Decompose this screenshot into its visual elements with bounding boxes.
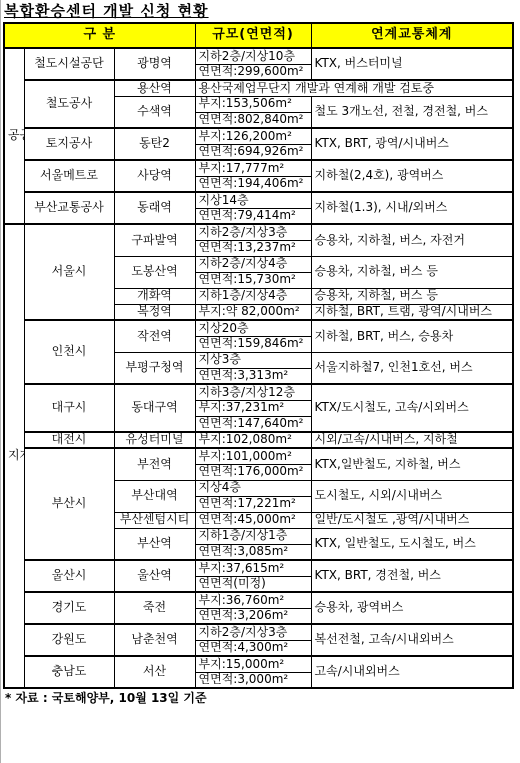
scale-cell: 지하2층/지상10층 (195, 48, 311, 64)
transport-cell: KTX/도시철도, 고속/시외버스 (311, 384, 513, 432)
scale-cell: 지하2층/지상3층 (195, 224, 311, 240)
station-cell: 부전역 (114, 448, 195, 480)
transport-cell: 지하철(1.3), 시내/외버스 (311, 192, 513, 224)
scale-cell: 지상20층 (195, 320, 311, 336)
scale-cell: 연면적:17,221m² (195, 496, 311, 512)
transport-cell: 승용차, 지하철, 버스 등 (311, 288, 513, 304)
station-cell: 작전역 (114, 320, 195, 352)
agency-cell: 서울메트로 (24, 160, 114, 192)
station-cell: 구파발역 (114, 224, 195, 256)
table-row: 경기도죽전부지:36,760m²승용차, 광역버스 (4, 592, 513, 608)
table-row: 부산교통공사동래역지상14층지하철(1.3), 시내/외버스 (4, 192, 513, 208)
scale-cell: 부지:153,506m² (195, 96, 311, 112)
scale-cell: 부지:약 82,000m² (195, 304, 311, 320)
scale-cell: 연면적:176,000m² (195, 464, 311, 480)
scale-cell: 부지:37,615m² (195, 560, 311, 576)
scale-cell: 연면적:147,640m² (195, 416, 311, 432)
agency-cell: 경기도 (24, 592, 114, 624)
table-header: 구 분 규모(연면적) 연계교통체계 (4, 23, 513, 48)
station-cell: 부산센텀시티 (114, 512, 195, 528)
table-row: 토지공사동탄2부지:126,200m²KTX, BRT, 광역/시내버스 (4, 128, 513, 144)
transport-cell: 복선전철, 고속/시내외버스 (311, 624, 513, 656)
station-cell: 울산역 (114, 560, 195, 592)
station-cell: 수색역 (114, 96, 195, 128)
station-cell: 복정역 (114, 304, 195, 320)
station-cell: 동탄2 (114, 128, 195, 160)
transport-cell: 시외/고속/시내버스, 지하철 (311, 432, 513, 448)
transport-cell: 고속/시내외버스 (311, 656, 513, 688)
scale-cell: 연면적:802,840m² (195, 112, 311, 128)
scale-cell: 연면적:3,313m² (195, 368, 311, 384)
scale-cell: 연면적:299,600m² (195, 64, 311, 80)
agency-cell: 대구시 (24, 384, 114, 432)
scale-cell: 연면적:4,300m² (195, 640, 311, 656)
transport-cell: KTX, BRT, 광역/시내버스 (311, 128, 513, 160)
scale-cell: 연면적:13,237m² (195, 240, 311, 256)
scale-cell: 연면적:3,000m² (195, 672, 311, 688)
table-body: 공공기관(6개)철도시설공단광명역지하2층/지상10층KTX, 버스터미널연면적… (4, 48, 513, 688)
scale-cell: 연면적:194,406m² (195, 176, 311, 192)
header-gubun: 구 분 (4, 23, 195, 48)
station-cell: 부산역 (114, 528, 195, 560)
transport-cell: 일반/도시철도 ,광역/시내버스 (311, 512, 513, 528)
agency-cell: 인천시 (24, 320, 114, 384)
transport-cell: KTX,일반철도, 지하철, 버스 (311, 448, 513, 480)
transport-cell: KTX, 일반철도, 도시철도, 버스 (311, 528, 513, 560)
table-row: 부산시부전역부지:101,000m²KTX,일반철도, 지하철, 버스 (4, 448, 513, 464)
scale-cell: 연면적:3,085m² (195, 544, 311, 560)
source-footnote: * 자료 : 국토해양부, 10월 13일 기준 (5, 692, 520, 705)
agency-cell: 철도시설공단 (24, 48, 114, 80)
scale-cell: 연면적:159,846m² (195, 336, 311, 352)
station-cell: 부평구청역 (114, 352, 195, 384)
station-cell: 개화역 (114, 288, 195, 304)
transport-cell: 지하철(2,4호), 광역버스 (311, 160, 513, 192)
agency-cell: 울산시 (24, 560, 114, 592)
scale-cell: 부지:101,000m² (195, 448, 311, 464)
station-cell: 남춘천역 (114, 624, 195, 656)
transport-cell: 승용차, 지하철, 버스 등 (311, 256, 513, 288)
header-scale: 규모(연면적) (195, 23, 311, 48)
scale-cell: 부지:17,777m² (195, 160, 311, 176)
table-row: 충남도서산부지:15,000m²고속/시내외버스 (4, 656, 513, 672)
transit-center-table: 구 분 규모(연면적) 연계교통체계 공공기관(6개)철도시설공단광명역지하2층… (3, 22, 514, 689)
agency-cell: 철도공사 (24, 80, 114, 128)
scale-cell: 부지:102,080m² (195, 432, 311, 448)
scale-cell: 부지:37,231m² (195, 400, 311, 416)
station-cell: 서산 (114, 656, 195, 688)
transport-cell: 지하철, BRT, 버스, 승용차 (311, 320, 513, 352)
station-cell: 동래역 (114, 192, 195, 224)
table-row: 인천시작전역지상20층지하철, BRT, 버스, 승용차 (4, 320, 513, 336)
transport-cell: KTX, BRT, 경전철, 버스 (311, 560, 513, 592)
station-cell: 사당역 (114, 160, 195, 192)
scale-cell: 연면적:15,730m² (195, 272, 311, 288)
scale-cell: 지상3층 (195, 352, 311, 368)
table-row: 서울메트로사당역부지:17,777m²지하철(2,4호), 광역버스 (4, 160, 513, 176)
group-label-cell: 지자체(12개) (4, 224, 24, 688)
agency-cell: 부산교통공사 (24, 192, 114, 224)
station-cell: 부산대역 (114, 480, 195, 512)
table-row: 공공기관(6개)철도시설공단광명역지하2층/지상10층KTX, 버스터미널 (4, 48, 513, 64)
agency-cell: 토지공사 (24, 128, 114, 160)
station-cell: 광명역 (114, 48, 195, 80)
table-row: 대전시유성터미널부지:102,080m²시외/고속/시내버스, 지하철 (4, 432, 513, 448)
table-row: 울산시울산역부지:37,615m²KTX, BRT, 경전철, 버스 (4, 560, 513, 576)
merged-note-cell: 용산국제업무단지 개발과 연계해 개발 검토중 (195, 80, 513, 96)
header-row: 구 분 규모(연면적) 연계교통체계 (4, 23, 513, 48)
scale-cell: 지상4층 (195, 480, 311, 496)
scale-cell: 지하2층/지상3층 (195, 624, 311, 640)
agency-cell: 대전시 (24, 432, 114, 448)
transport-cell: 승용차, 지하철, 버스, 자전거 (311, 224, 513, 256)
scale-cell: 지하2층/지상4층 (195, 256, 311, 272)
agency-cell: 부산시 (24, 448, 114, 560)
agency-cell: 강원도 (24, 624, 114, 656)
scale-cell: 연면적:694,926m² (195, 144, 311, 160)
table-row: 지자체(12개)서울시구파발역지하2층/지상3층승용차, 지하철, 버스, 자전… (4, 224, 513, 240)
scale-cell: 지하1층/지상1층 (195, 528, 311, 544)
transport-cell: 지하철, BRT, 트램, 광역/시내버스 (311, 304, 513, 320)
station-cell: 도봉산역 (114, 256, 195, 288)
transport-cell: 서울지하철7, 인천1호선, 버스 (311, 352, 513, 384)
transport-cell: KTX, 버스터미널 (311, 48, 513, 80)
table-row: 강원도남춘천역지하2층/지상3층복선전철, 고속/시내외버스 (4, 624, 513, 640)
header-transport: 연계교통체계 (311, 23, 513, 48)
scale-cell: 연면적:45,000m² (195, 512, 311, 528)
scale-cell: 연면적:3,206m² (195, 608, 311, 624)
table-row: 철도공사용산역용산국제업무단지 개발과 연계해 개발 검토중 (4, 80, 513, 96)
scale-cell: 부지:15,000m² (195, 656, 311, 672)
scale-cell: 연면적:79,414m² (195, 208, 311, 224)
station-cell: 유성터미널 (114, 432, 195, 448)
page: 복합환승센터 개발 신청 현황 구 분 규모(연면적) 연계교통체계 공공기관(… (0, 0, 520, 763)
table-row: 대구시동대구역지하3층/지상12층KTX/도시철도, 고속/시외버스 (4, 384, 513, 400)
station-cell: 죽전 (114, 592, 195, 624)
transport-cell: 승용차, 광역버스 (311, 592, 513, 624)
transport-cell: 철도 3개노선, 전철, 경전철, 버스 (311, 96, 513, 128)
scale-cell: 지하3층/지상12층 (195, 384, 311, 400)
group-label-cell: 공공기관(6개) (4, 48, 24, 224)
station-cell: 동대구역 (114, 384, 195, 432)
scale-cell: 부지:36,760m² (195, 592, 311, 608)
scale-cell: 연면적(미정) (195, 576, 311, 592)
scale-cell: 지상14층 (195, 192, 311, 208)
transport-cell: 도시철도, 시외/시내버스 (311, 480, 513, 512)
page-title: 복합환승센터 개발 신청 현황 (4, 2, 520, 20)
station-cell: 용산역 (114, 80, 195, 96)
scale-cell: 부지:126,200m² (195, 128, 311, 144)
agency-cell: 충남도 (24, 656, 114, 688)
scale-cell: 지하1층/지상4층 (195, 288, 311, 304)
agency-cell: 서울시 (24, 224, 114, 320)
